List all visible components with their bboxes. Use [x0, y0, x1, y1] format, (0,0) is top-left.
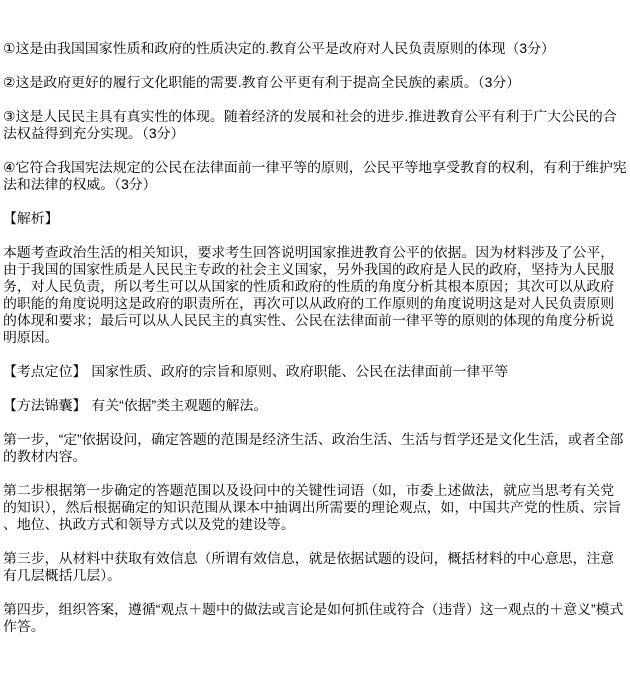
analysis-header: 【解析】 — [3, 210, 628, 227]
exam-point-line: 【考点定位】国家性质、政府的宗旨和原则、政府职能、公民在法律面前一律平等 — [3, 363, 628, 380]
method-label: 【方法锦囊】 — [3, 397, 86, 413]
document-page: ①这是由我国国家性质和政府的性质决定的.教育公平是改府对人民负责原则的体现（3分… — [0, 0, 630, 676]
answer-point-3: ③这是人民民主具有真实性的体现。随着经济的发展和社会的进步.推进教育公平有利于广… — [3, 108, 628, 142]
method-step-4: 第四步，组织答案，遵循“观点＋题中的做法或言论是如何抓住或符合（违背）这一观点的… — [3, 601, 628, 635]
answer-point-4: ④它符合我国宪法规定的公民在法律面前一律平等的原则，公民平等地享受教育的权利，有… — [3, 159, 628, 193]
method-step-2: 第二步根据第一步确定的答题范围以及设问中的关键性词语（如，市委上述做法，就应当思… — [3, 482, 628, 533]
method-step-3: 第三步，从材料中获取有效信息（所谓有效信息，就是依据试题的设问，概括材料的中心意… — [3, 550, 628, 584]
exam-point-label: 【考点定位】 — [3, 363, 86, 379]
method-title-line: 【方法锦囊】有关“依据”类主观题的解法。 — [3, 397, 628, 414]
exam-point-text: 国家性质、政府的宗旨和原则、政府职能、公民在法律面前一律平等 — [91, 363, 508, 379]
method-intro: 有关“依据”类主观题的解法。 — [91, 397, 267, 413]
analysis-body: 本题考查政治生活的相关知识，要求考生回答说明国家推进教育公平的依据。因为材料涉及… — [3, 244, 628, 346]
answer-point-1: ①这是由我国国家性质和政府的性质决定的.教育公平是改府对人民负责原则的体现（3分… — [3, 40, 628, 57]
method-step-1: 第一步，“定”依据设问，确定答题的范围是经济生活、政治生活、生活与哲学还是文化生… — [3, 431, 628, 465]
answer-point-2: ②这是政府更好的履行文化职能的需要.教育公平更有利于提高全民族的素质。（3分） — [3, 74, 628, 91]
